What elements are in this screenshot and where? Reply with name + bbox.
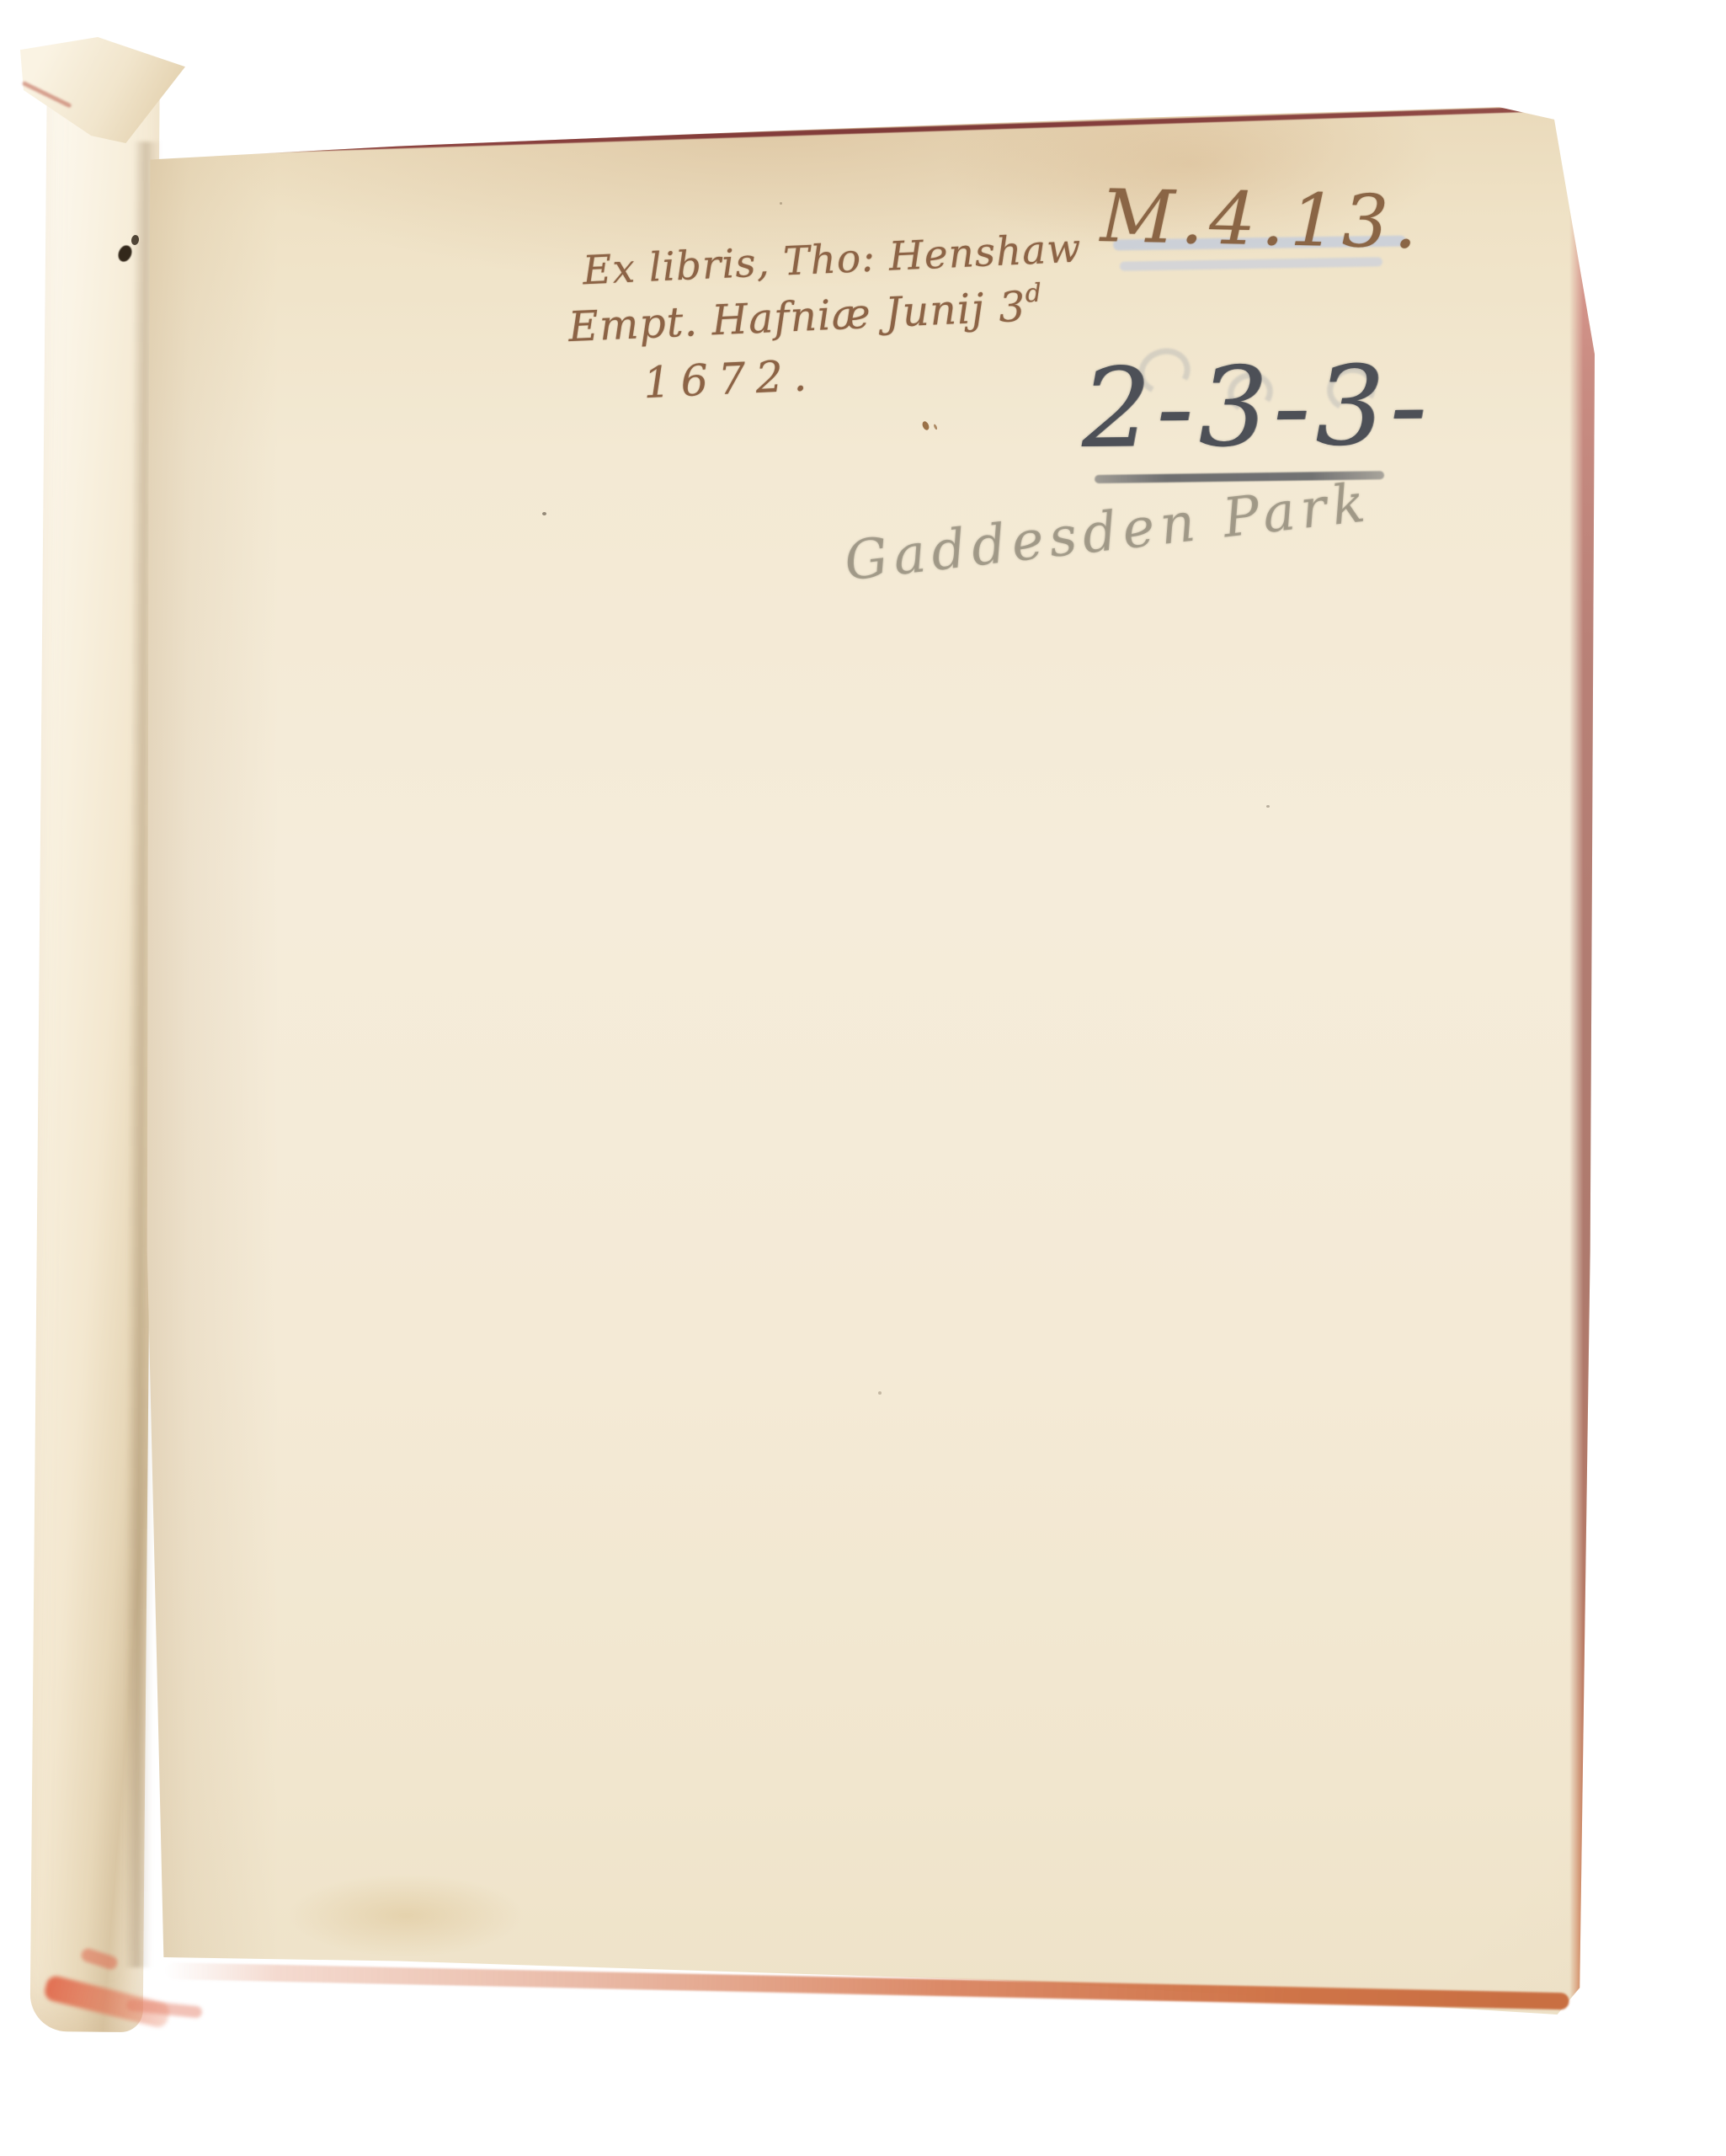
book-photo: M.4.13. 2-3-3- Ex libris, Tho: Henshaw E… xyxy=(0,0,1726,2156)
paper-speck xyxy=(878,1391,882,1395)
paper-speck xyxy=(780,202,782,205)
vellum-corner-flap xyxy=(20,37,185,143)
page-fore-edge-red xyxy=(1569,109,1595,2004)
paper-speck xyxy=(1266,805,1270,808)
shelfmark-inscription: M.4.13. xyxy=(1100,180,1424,259)
page-top-red-edge xyxy=(94,104,1609,158)
price-inscription: 2-3-3- xyxy=(1081,350,1432,463)
paper-speck xyxy=(542,512,546,515)
ex-libris-line2-superscript: d xyxy=(1025,278,1042,308)
ex-libris-line2-text: Empt. Hafniæ Junij 3 xyxy=(567,282,1027,351)
ex-libris-line2: Empt. Hafniæ Junij 3d xyxy=(567,281,1078,350)
ex-libris-inscription: Ex libris, Tho: Henshaw Empt. Hafniæ Jun… xyxy=(551,227,1080,412)
